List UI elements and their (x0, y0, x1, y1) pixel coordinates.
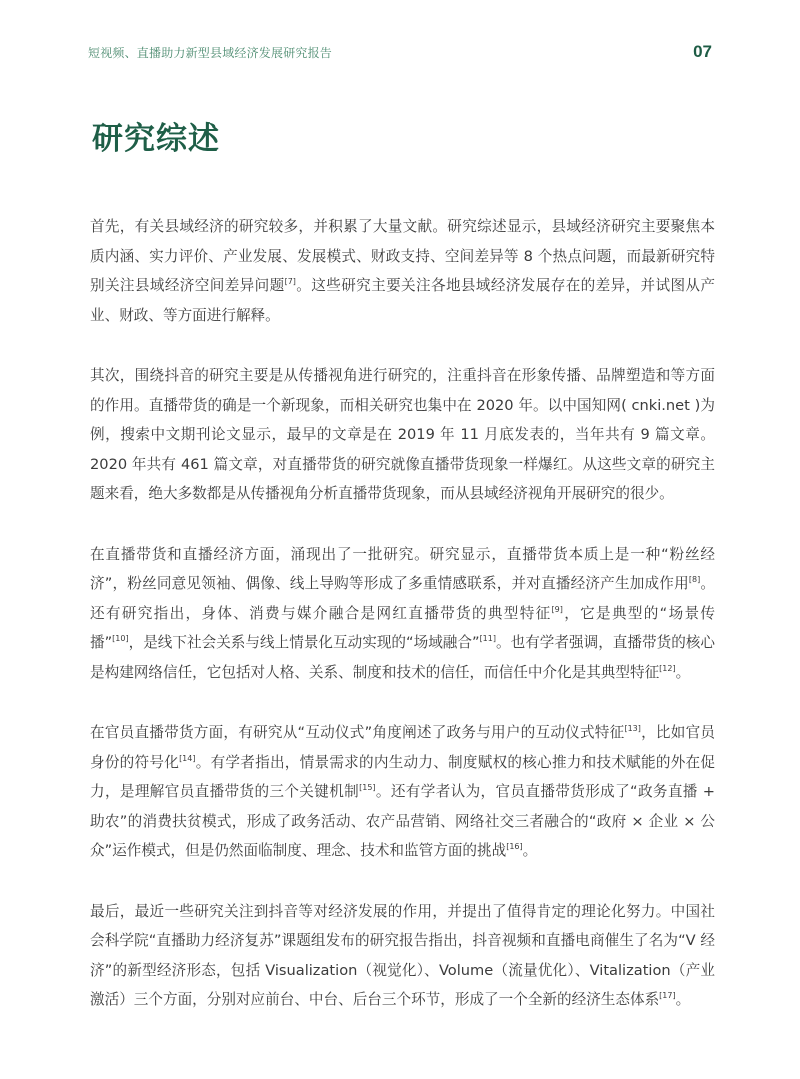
paragraph-text: 。 (676, 991, 691, 1008)
citation-ref: [14] (179, 754, 195, 763)
citation-ref: [12] (659, 664, 675, 673)
paragraph-text: 其次，围绕抖音的研究主要是从传播视角进行研究的，注重抖音在形象传播、品牌塑造和等… (90, 367, 715, 502)
citation-ref: [17] (659, 991, 675, 1000)
paragraph-text: 。 (523, 842, 538, 859)
paragraph-text: 最后，最近一些研究关注到抖音等对经济发展的作用，并提出了值得肯定的理论化努力。中… (90, 903, 715, 1009)
citation-ref: [15] (359, 783, 375, 792)
citation-ref: [8] (689, 575, 700, 584)
page-number: 07 (693, 42, 712, 62)
citation-ref: [9] (552, 605, 563, 614)
citation-ref: [16] (506, 842, 522, 851)
paragraph-2: 其次，围绕抖音的研究主要是从传播视角进行研究的，注重抖音在形象传播、品牌塑造和等… (90, 361, 715, 509)
body-content: 首先，有关县域经济的研究较多，并积累了大量文献。研究综述显示，县域经济研究主要聚… (90, 212, 715, 1046)
paragraph-5: 最后，最近一些研究关注到抖音等对经济发展的作用，并提出了值得肯定的理论化努力。中… (90, 897, 715, 1015)
paragraph-1: 首先，有关县域经济的研究较多，并积累了大量文献。研究综述显示，县域经济研究主要聚… (90, 212, 715, 330)
paragraph-text: ，是线下社会关系与线上情景化互动实现的“场域融合” (129, 634, 480, 651)
paragraph-text: 在官员直播带货方面，有研究从“互动仪式”角度阐述了政务与用户的互动仪式特征 (90, 724, 624, 741)
paragraph-text: 在直播带货和直播经济方面，涌现出了一批研究。研究显示，直播带货本质上是一种“粉丝… (90, 546, 715, 593)
citation-ref: [10] (112, 634, 128, 643)
section-title: 研究综述 (92, 113, 220, 158)
report-title: 短视频、直播助力新型县域经济发展研究报告 (88, 44, 332, 61)
citation-ref: [13] (624, 724, 640, 733)
citation-ref: [7] (285, 277, 296, 286)
paragraph-4: 在官员直播带货方面，有研究从“互动仪式”角度阐述了政务与用户的互动仪式特征[13… (90, 718, 715, 866)
citation-ref: [11] (480, 634, 496, 643)
paragraph-text: 。 (676, 664, 691, 681)
paragraph-3: 在直播带货和直播经济方面，涌现出了一批研究。研究显示，直播带货本质上是一种“粉丝… (90, 540, 715, 688)
page-header: 短视频、直播助力新型县域经济发展研究报告 07 (88, 40, 712, 64)
